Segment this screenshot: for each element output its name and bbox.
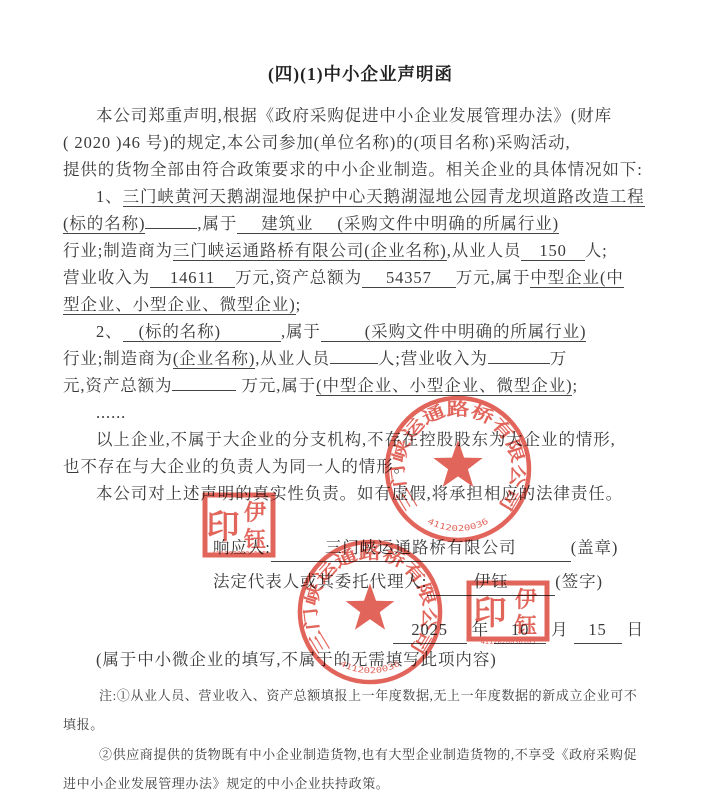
company-seal-2: 三门峡运通路桥有限公司 4112020036026 [293, 535, 447, 689]
field-subject-name: 三门峡黄河天鹅湖湿地保护中心天鹅湖湿地公园青龙坝道路改造工程 [123, 187, 645, 207]
field-industry-hint-2: (采购文件中明确的所属行业) [321, 322, 587, 342]
closing-line-2: 也不存在与大企业的负责人为同一人的情形。 [63, 453, 658, 480]
star-icon [433, 440, 482, 487]
intro-line-3: 提供的货物全部由符合政策要求的中小企业制造。相关企业的具体情况如下: [63, 156, 658, 183]
item2-line-1: 2、(标的名称),属于(采购文件中明确的所属行业) [63, 318, 658, 345]
personal-seal-1: 印 伊 钰 4112020036105 [202, 492, 276, 558]
field-employees: 150 [521, 241, 584, 261]
star-icon [346, 583, 395, 629]
blank-assets-2 [172, 372, 236, 391]
blank-underline [145, 210, 197, 229]
static-text: 元,资产总额为 [63, 376, 172, 395]
field-date-day: 15 [574, 616, 622, 644]
month-unit: 月 [551, 620, 568, 639]
seal-hint: (盖章) [571, 538, 619, 557]
intro-line-2: ( 2020 )46 号)的规定,本公司参加(单位名称)的(项目名称)采购活动, [63, 129, 658, 156]
intro-text-3: 提供的货物全部由符合政策要求的中小企业制造。相关企业的具体情况如下: [63, 160, 643, 179]
closing-text-2: 也不存在与大企业的负责人为同一人的情形。 [63, 457, 411, 476]
static-text: ,从业人员 [255, 349, 330, 368]
intro-line-1: 本公司郑重声明,根据《政府采购促进中小企业发展管理办法》(财库 [63, 102, 658, 129]
note-2-line-2: 进中小企业发展管理办法》规定的中小企业扶持政策。 [63, 769, 658, 793]
static-text: 万元,资产总额为 [235, 268, 362, 287]
static-text: 万元,属于 [236, 376, 316, 395]
seal-char-yi: 伊 [515, 587, 538, 612]
static-text: ,属于 [281, 322, 321, 341]
intro-text-2: ( 2020 )46 号)的规定,本公司参加(单位名称)的(项目名称)采购活动, [63, 133, 571, 152]
company-seal-1: 三门峡运通路桥有限公司 4112020036026 [380, 391, 536, 547]
declaration-document-page: (四)(1)中小企业声明函 本公司郑重声明,根据《政府采购促进中小企业发展管理办… [0, 0, 722, 793]
static-text: 万元,属于 [456, 268, 531, 287]
note-2-line-1: ②供应商提供的货物既有中小企业制造货物,也有大型企业制造货物的,不享受《政府采购… [63, 740, 658, 769]
static-text: 行业;制造商为 [63, 349, 173, 368]
static-text: ,从业人员 [447, 241, 522, 260]
personal-seal-2: 印 伊 钰 4112020036105 [466, 580, 550, 646]
ellipsis-text: ...... [96, 403, 126, 422]
closing-line-1: 以上企业,不属于大企业的分支机构,不存在控股股东为大企业的情形, [63, 426, 658, 453]
seal-char-yin: 印 [207, 508, 240, 545]
note-1-text-a: 注:①从业人员、营业收入、资产总额填报上一年度数据,无上一年度数据的新成立企业可… [99, 688, 637, 703]
static-text: ; [572, 376, 577, 395]
blank-revenue-2 [488, 345, 550, 364]
static-text: 人; [585, 241, 608, 260]
field-manufacturer: 三门峡运通路桥有限公司(企业名称) [173, 241, 447, 261]
item1-line-5: 型企业、小型企业、微型企业); [63, 291, 658, 318]
closing-line-3: 本公司对上述声明的真实性负责。如有虚假,将承担相应的法律责任。 [63, 480, 658, 507]
item2-line-2: 行业;制造商为(企业名称),从业人员人;营业收入为万 [63, 345, 658, 372]
field-revenue: 14611 [150, 268, 235, 288]
seal-serial: 4112020036105 [481, 638, 536, 646]
seal-char-yu: 钰 [243, 527, 266, 552]
item1-line-3: 行业;制造商为三门峡运通路桥有限公司(企业名称),从业人员150人; [63, 237, 658, 264]
seal-char-yin: 印 [474, 594, 507, 631]
field-industry: 建筑业 [237, 214, 337, 234]
static-text: ; [296, 295, 301, 314]
closing-text-1: 以上企业,不属于大企业的分支机构,不存在控股股东为大企业的情形, [96, 430, 616, 449]
item1-line-4: 营业收入为14611万元,资产总额为54357万元,属于中型企业(中 [63, 264, 658, 291]
note-2-text-a: ②供应商提供的货物既有中小企业制造货物,也有大型企业制造货物的,不享受《政府采购… [99, 747, 637, 762]
field-subject-name-label: (标的名称) [63, 214, 145, 234]
item2-line-3: 元,资产总额为 万元,属于(中型企业、小型企业、微型企业); [63, 372, 658, 399]
field-industry-hint: (采购文件中明确的所属行业) [337, 214, 559, 234]
static-text: 万 [550, 349, 567, 368]
note-1-line-2: 填报。 [63, 710, 658, 739]
static-text: 营业收入为 [63, 268, 150, 287]
field-company-type-cont: 型企业、小型企业、微型企业) [63, 295, 296, 315]
ellipsis-line: ...... [63, 399, 658, 426]
field-manufacturer-2: (企业名称) [173, 349, 255, 369]
item2-number: 2、 [96, 322, 123, 341]
note-2-text-b: 进中小企业发展管理办法》规定的中小企业扶持政策。 [63, 776, 389, 791]
seal-char-yu: 钰 [514, 613, 537, 638]
item1-number: 1、 [96, 187, 123, 206]
seal-char-yi: 伊 [244, 500, 267, 525]
note-1-text-b: 填报。 [63, 717, 104, 732]
day-unit: 日 [627, 620, 644, 639]
static-text: 人;营业收入为 [378, 349, 488, 368]
item1-line-1: 1、三门峡黄河天鹅湖湿地保护中心天鹅湖湿地公园青龙坝道路改造工程 [63, 183, 658, 210]
field-company-type: 中型企业(中 [530, 268, 623, 288]
page-title: (四)(1)中小企业声明函 [63, 60, 658, 88]
intro-text-1: 本公司郑重声明,根据《政府采购促进中小企业发展管理办法》(财库 [96, 106, 612, 125]
static-text: 行业;制造商为 [63, 241, 173, 260]
static-text: ,属于 [197, 214, 237, 233]
seal-serial: 4112020036105 [212, 550, 267, 558]
sign-hint: (签字) [555, 572, 603, 591]
field-assets: 54357 [362, 268, 456, 288]
field-subject-name-2: (标的名称) [123, 322, 281, 342]
blank-employees-2 [330, 345, 378, 364]
closing-text-3: 本公司对上述声明的真实性负责。如有虚假,将承担相应的法律责任。 [96, 484, 623, 503]
item1-line-2: (标的名称),属于建筑业(采购文件中明确的所属行业) [63, 210, 658, 237]
